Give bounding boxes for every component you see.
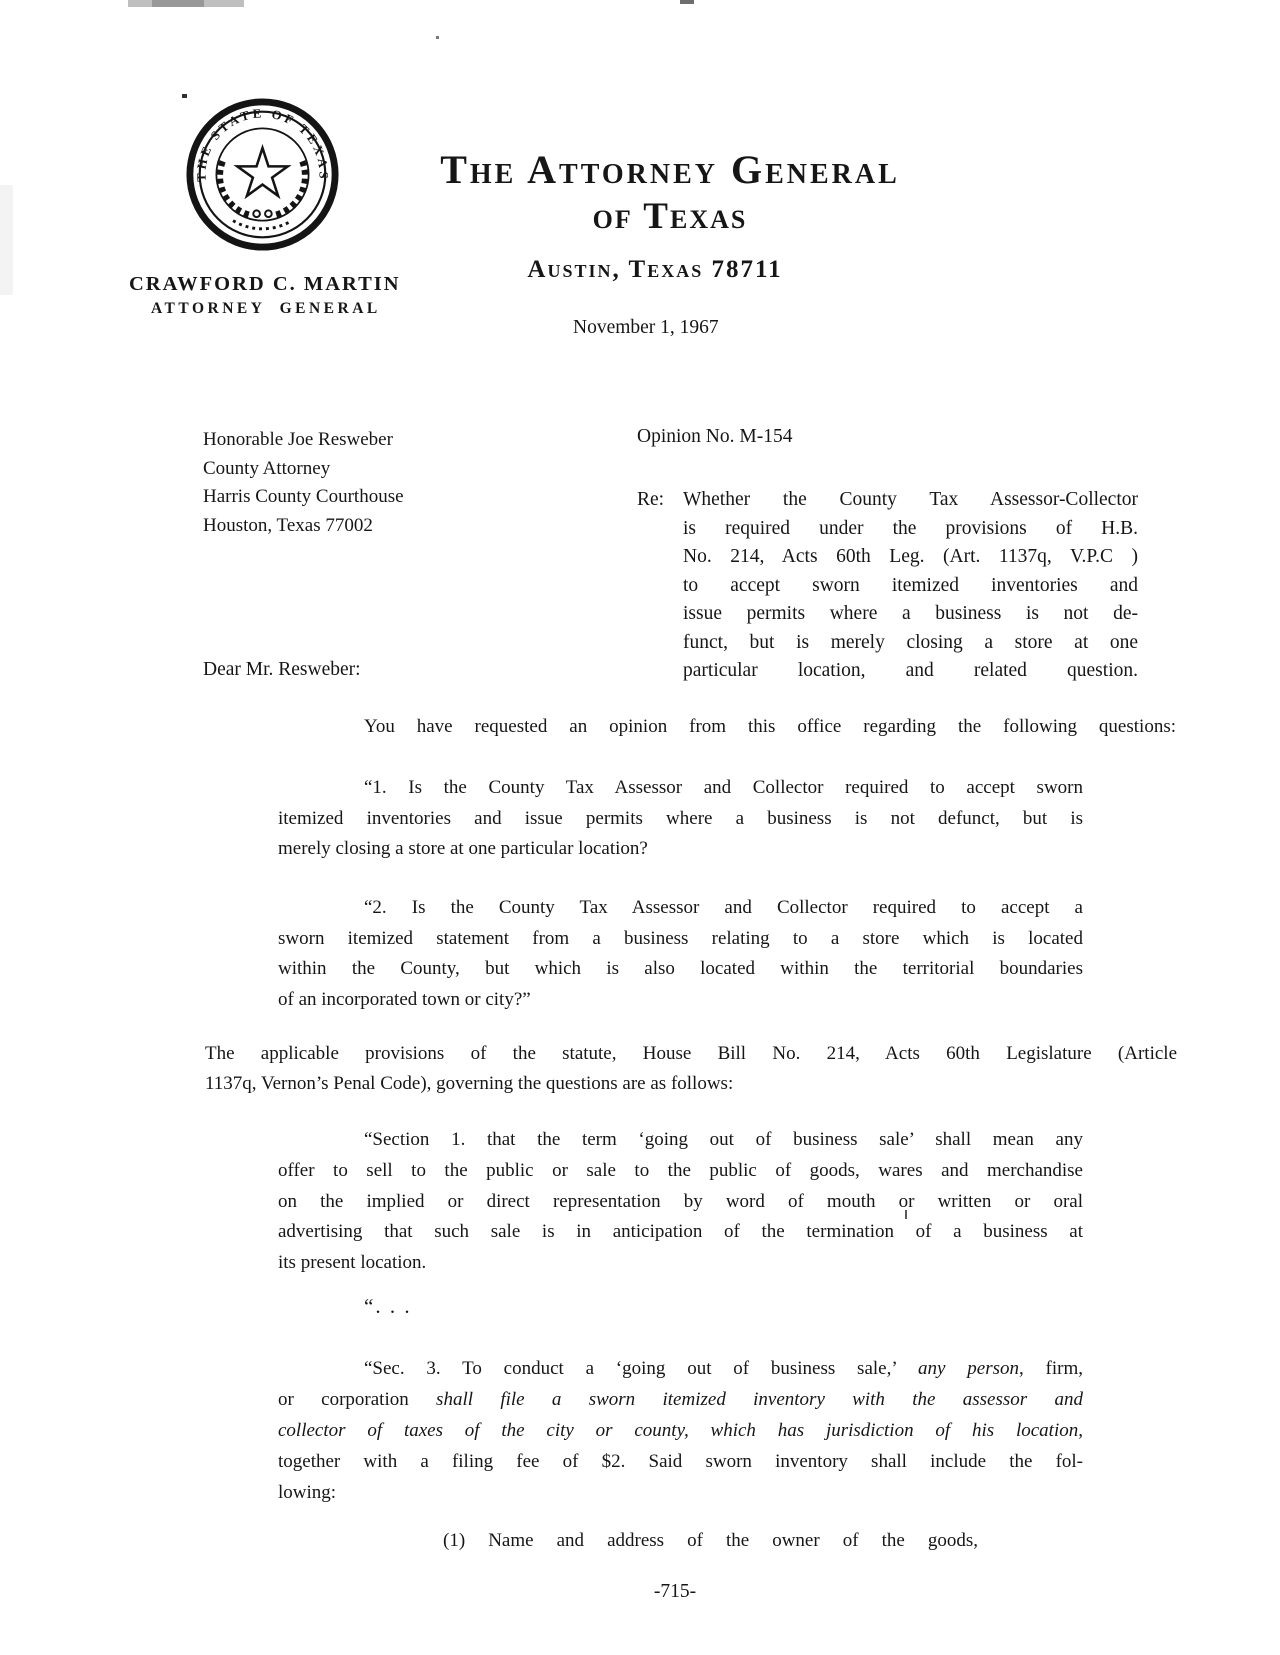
scan-artifact bbox=[152, 0, 204, 7]
recipient-address-block: Honorable Joe Resweber County Attorney H… bbox=[203, 426, 404, 540]
recipient-line: County Attorney bbox=[203, 455, 404, 484]
scan-artifact bbox=[0, 185, 13, 295]
body-line: “Sec. 3. To conduct a ‘going out of busi… bbox=[278, 1353, 1083, 1384]
body-line: itemized inventories and issue permits w… bbox=[278, 804, 1083, 835]
statute-intro-block: The applicable provisions of the statute… bbox=[205, 1039, 1177, 1099]
letterhead-address: Austin, Texas 78711 bbox=[325, 256, 985, 284]
recipient-line: Honorable Joe Resweber bbox=[203, 426, 404, 455]
body-line: within the County, but which is also loc… bbox=[278, 954, 1083, 985]
re-line: Whether the County Tax Assessor-Collecto… bbox=[683, 486, 1138, 515]
body-line: collector of taxes of the city or county… bbox=[278, 1415, 1083, 1446]
re-subject-block: Whether the County Tax Assessor-Collecto… bbox=[683, 486, 1138, 686]
re-line: particular location, and related questio… bbox=[683, 657, 1138, 686]
opinion-number: Opinion No. M-154 bbox=[637, 426, 792, 448]
body-line: together with a filing fee of $2. Said s… bbox=[278, 1446, 1083, 1477]
body-line: advertising that such sale is in anticip… bbox=[278, 1217, 1083, 1248]
sec3-text: or corporation bbox=[278, 1389, 436, 1410]
body-line: 1137q, Vernon’s Penal Code), governing t… bbox=[205, 1069, 1177, 1099]
sec3-text: “Sec. 3. To conduct a ‘going out of busi… bbox=[364, 1358, 918, 1379]
scan-artifact bbox=[436, 36, 439, 39]
body-line: lowing: bbox=[278, 1477, 1083, 1508]
section1-quote-block: “Section 1. that the term ‘going out of … bbox=[278, 1125, 1083, 1279]
recipient-line: Harris County Courthouse bbox=[203, 483, 404, 512]
salutation: Dear Mr. Resweber: bbox=[203, 659, 361, 681]
body-line: on the implied or direct representation … bbox=[278, 1187, 1083, 1218]
recipient-line: Houston, Texas 77002 bbox=[203, 512, 404, 541]
letterhead-title-line2: of Texas bbox=[340, 196, 1000, 238]
body-line: of an incorporated town or city?” bbox=[278, 985, 1083, 1016]
quote-ellipsis: “. . . bbox=[364, 1294, 412, 1319]
sec3-italic-text: shall file a sworn itemized inventory wi… bbox=[436, 1389, 1083, 1410]
letterhead-title-line1: The Attorney General bbox=[340, 148, 1000, 192]
body-line: “1. Is the County Tax Assessor and Colle… bbox=[278, 773, 1083, 804]
re-line: funct, but is merely closing a store at … bbox=[683, 629, 1138, 658]
body-line: merely closing a store at one particular… bbox=[278, 834, 1083, 865]
body-line: offer to sell to the public or sale to t… bbox=[278, 1156, 1083, 1187]
page-number: -715- bbox=[395, 1581, 955, 1603]
sec3-italic-text: any person bbox=[918, 1358, 1019, 1379]
re-line: is required under the provisions of H.B. bbox=[683, 515, 1138, 544]
re-line: to accept sworn itemized inventories and bbox=[683, 572, 1138, 601]
re-line: No. 214, Acts 60th Leg. (Art. 1137q, V.P… bbox=[683, 543, 1138, 572]
question2-block: “2. Is the County Tax Assessor and Colle… bbox=[278, 893, 1083, 1015]
seal-star-icon bbox=[237, 148, 287, 196]
re-label: Re: bbox=[637, 486, 664, 515]
body-line: or corporation shall file a sworn itemiz… bbox=[278, 1384, 1083, 1415]
seal-bottom-text-marks bbox=[233, 221, 292, 229]
re-line: issue permits where a business is not de… bbox=[683, 600, 1138, 629]
body-line: its present location. bbox=[278, 1248, 1083, 1279]
scan-artifact bbox=[680, 0, 694, 4]
attorney-general-title: ATTORNEY GENERAL bbox=[151, 300, 381, 318]
body-line: The applicable provisions of the statute… bbox=[205, 1039, 1177, 1069]
scanned-letter-page: THE STATE OF TEXAS The Attorney General … bbox=[0, 0, 1280, 1655]
attorney-general-name: CRAWFORD C. MARTIN bbox=[129, 273, 401, 296]
inventory-item-1: (1) Name and address of the owner of the… bbox=[443, 1530, 978, 1552]
sec3-text: , firm, bbox=[1019, 1358, 1083, 1379]
question1-block: “1. Is the County Tax Assessor and Colle… bbox=[278, 773, 1083, 865]
texas-state-seal-icon: THE STATE OF TEXAS bbox=[184, 96, 341, 253]
intro-paragraph: You have requested an opinion from this … bbox=[364, 716, 1176, 738]
section3-quote-block: “Sec. 3. To conduct a ‘going out of busi… bbox=[278, 1353, 1083, 1508]
letter-date: November 1, 1967 bbox=[573, 317, 719, 339]
body-line: sworn itemized statement from a business… bbox=[278, 924, 1083, 955]
body-line: “2. Is the County Tax Assessor and Colle… bbox=[278, 893, 1083, 924]
body-line: “Section 1. that the term ‘going out of … bbox=[278, 1125, 1083, 1156]
